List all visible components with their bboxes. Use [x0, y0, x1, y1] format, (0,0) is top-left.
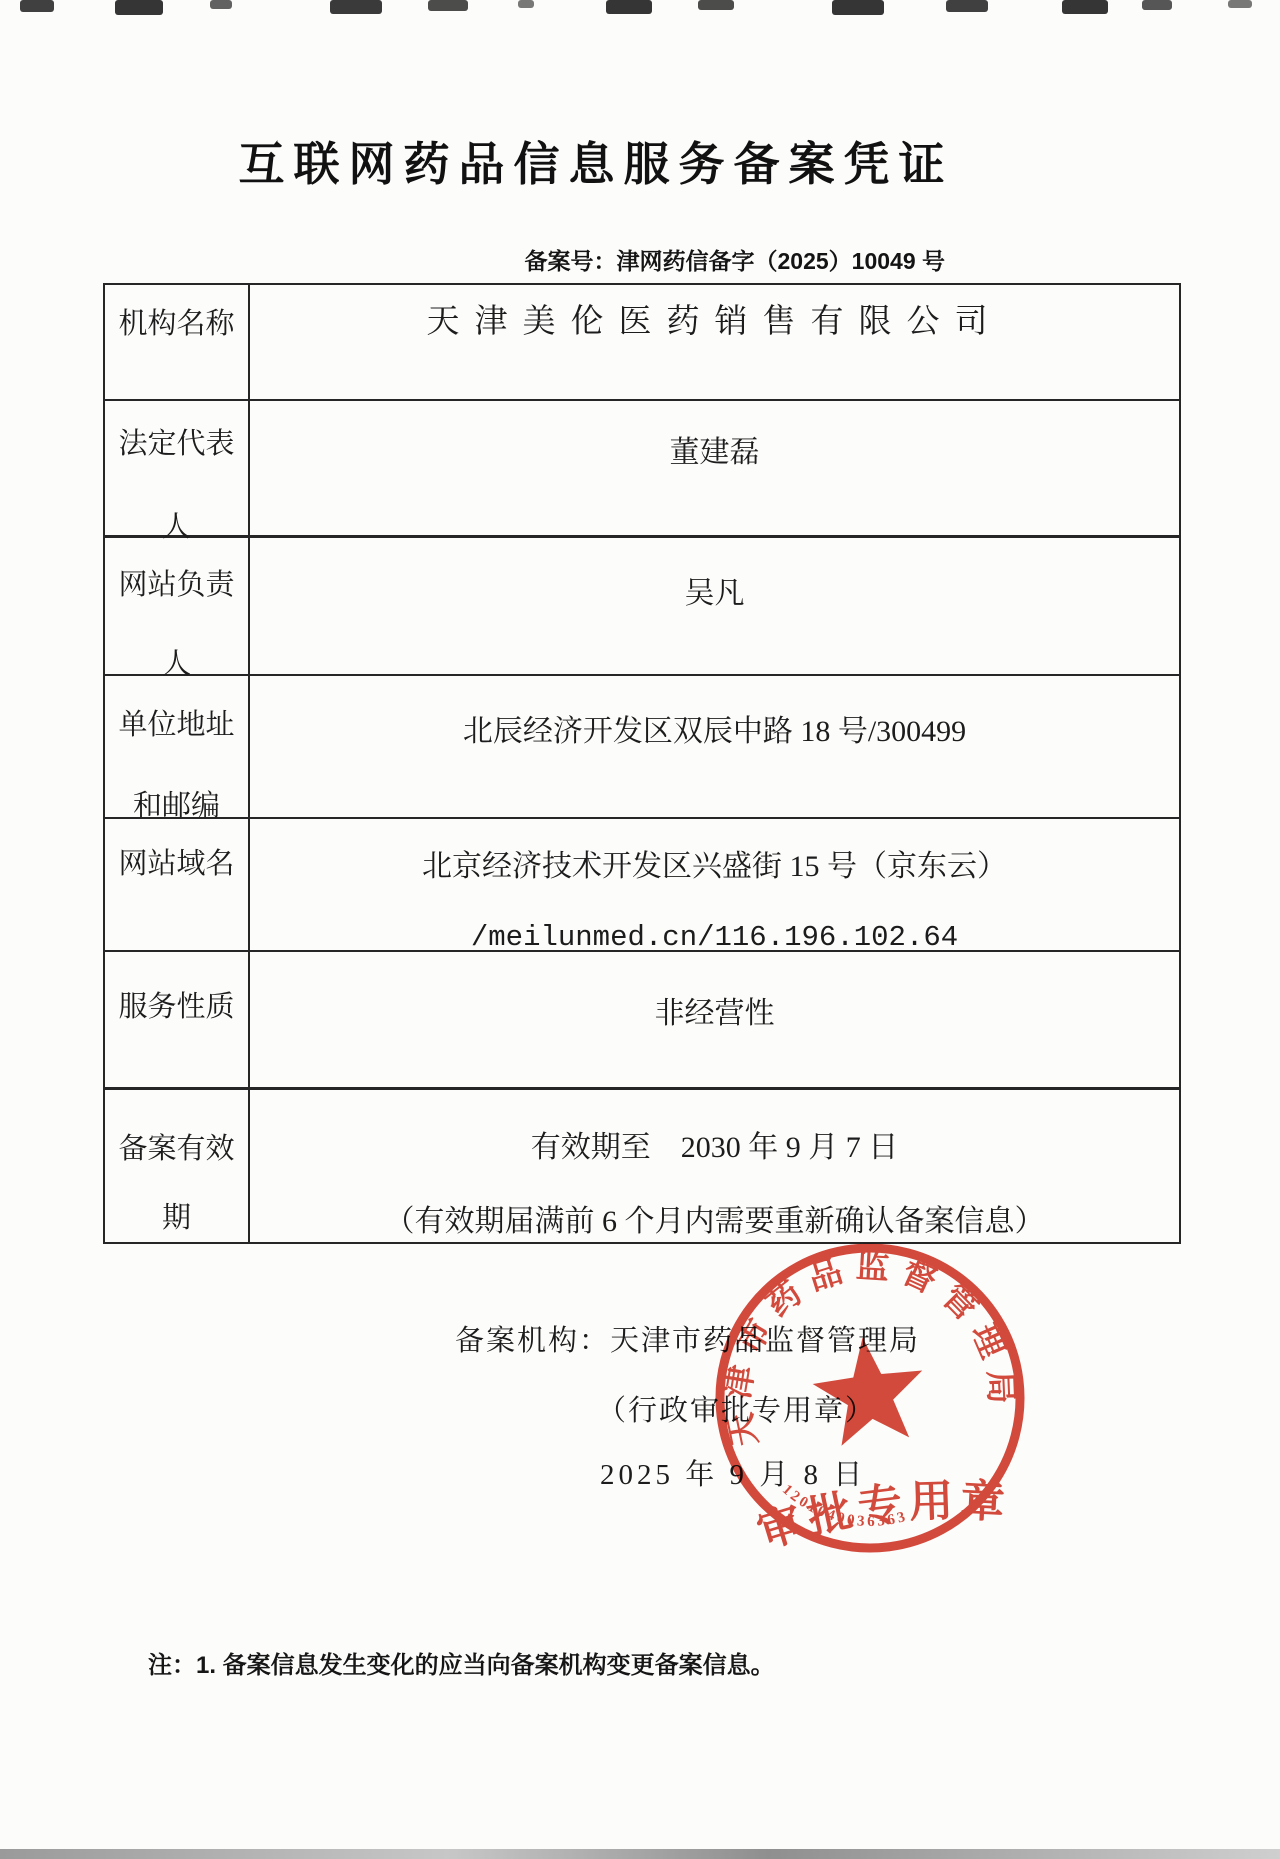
table-row-address: 单位地址 和邮编 北辰经济开发区双辰中路 18 号/300499: [105, 674, 1179, 817]
row-label-text: 法定代表: [118, 421, 234, 462]
row-value: 有效期至 2030 年 9 月 7 日 （有效期届满前 6 个月内需要重新确认备…: [250, 1090, 1179, 1242]
address-value: 北辰经济开发区双辰中路 18 号/300499: [463, 706, 966, 750]
row-value: 北京经济技术开发区兴盛街 15 号（京东云） /meilunmed.cn/116…: [250, 819, 1179, 950]
scan-artifact: [518, 0, 534, 8]
row-label-text-2: 期: [162, 1195, 191, 1236]
row-label: 机构名称: [105, 285, 250, 399]
row-label: 网站负责 人: [105, 538, 250, 674]
scan-artifact: [1142, 0, 1172, 10]
row-value: 天津美伦医药销售有限公司: [250, 285, 1179, 399]
row-label-text: 网站域名: [118, 841, 234, 882]
row-label-text: 服务性质: [118, 984, 234, 1025]
row-label: 服务性质: [105, 952, 250, 1087]
scan-artifact: [20, 0, 54, 12]
table-row-service-type: 服务性质 非经营性: [105, 950, 1179, 1087]
domain-value-line2: /meilunmed.cn/116.196.102.64: [471, 921, 958, 954]
row-label: 法定代表 人: [105, 401, 250, 535]
scan-bottom-strip: [0, 1849, 1280, 1859]
table-row-domain: 网站域名 北京经济技术开发区兴盛街 15 号（京东云） /meilunmed.c…: [105, 817, 1179, 950]
scan-artifact: [1062, 0, 1108, 14]
row-value: 吴凡: [250, 538, 1179, 674]
row-label-text-2: 和邮编: [133, 783, 220, 824]
table-row-legal-rep: 法定代表 人 董建磊: [105, 399, 1179, 535]
scan-artifact: [330, 0, 382, 14]
org-name-value: 天津美伦医药销售有限公司: [427, 295, 1003, 342]
row-value: 非经营性: [250, 952, 1179, 1087]
scan-artifact: [210, 0, 232, 9]
scan-artifact: [946, 0, 988, 12]
row-label-text: 机构名称: [118, 301, 234, 342]
scan-artifact: [1228, 0, 1252, 8]
table-row-org-name: 机构名称 天津美伦医药销售有限公司: [105, 285, 1179, 399]
row-value: 北辰经济开发区双辰中路 18 号/300499: [250, 676, 1179, 817]
row-value: 董建磊: [250, 401, 1179, 535]
scan-artifact: [832, 0, 884, 15]
certificate-title: 互联网药品信息服务备案凭证: [0, 128, 1192, 194]
table-row-site-manager: 网站负责 人 吴凡: [105, 535, 1179, 674]
validity-value-line1: 有效期至 2030 年 9 月 7 日: [531, 1122, 899, 1166]
filing-number: 备案号：津网药信备字（2025）10049 号: [0, 243, 945, 276]
scan-artifact: [428, 0, 468, 11]
row-label-text: 网站负责: [118, 562, 234, 603]
domain-value-line1: 北京经济技术开发区兴盛街 15 号（京东云）: [422, 841, 1007, 885]
service-type-value: 非经营性: [655, 988, 775, 1032]
seal-star-icon: [808, 1331, 930, 1449]
footnote: 注：1. 备案信息发生变化的应当向备案机构变更备案信息。: [148, 1645, 775, 1680]
official-seal-stamp: 天津市药品监督管理局 审批专用章 1201040036363: [669, 1197, 1070, 1598]
row-label: 备案有效 期: [105, 1090, 250, 1242]
scan-artifact: [698, 0, 734, 10]
certificate-table: 机构名称 天津美伦医药销售有限公司 法定代表 人 董建磊 网站负责 人 吴凡 单…: [103, 283, 1181, 1244]
scan-artifact: [115, 0, 163, 15]
legal-rep-value: 董建磊: [670, 427, 760, 471]
row-label: 网站域名: [105, 819, 250, 950]
scan-artifact: [606, 0, 652, 14]
row-label-text: 单位地址: [118, 702, 234, 743]
row-label-text: 备案有效: [118, 1126, 234, 1167]
row-label: 单位地址 和邮编: [105, 676, 250, 817]
site-manager-value: 吴凡: [685, 568, 745, 612]
